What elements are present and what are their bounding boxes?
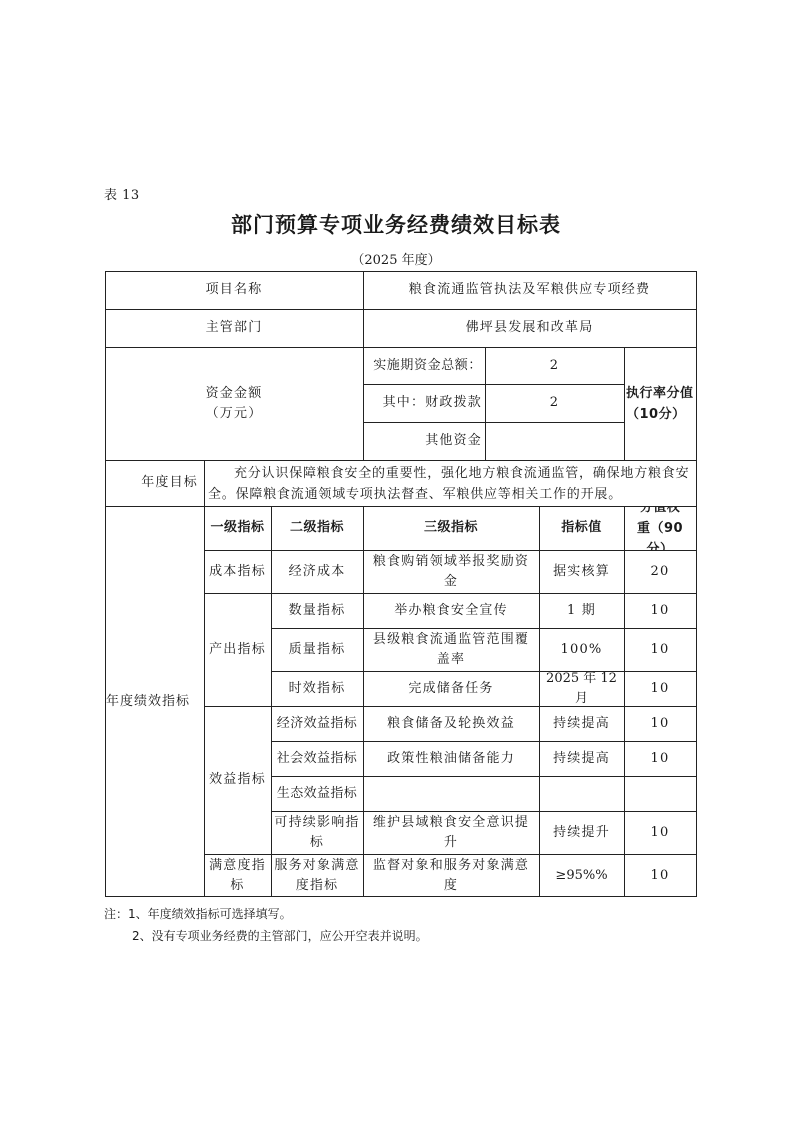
col-divider [363, 271, 364, 460]
exec-rate-label: 执行率分值（10分） [624, 347, 698, 460]
level2-cell: 服务对象满意度指标 [271, 854, 363, 897]
level3-cell: 举办粮食安全宣传 [363, 593, 539, 628]
funds-label-line1: 资金金额 [206, 384, 263, 404]
level2-cell: 社会效益指标 [271, 741, 363, 776]
col-divider [204, 460, 205, 897]
level2-cell: 可持续影响指标 [271, 811, 363, 854]
table-border [105, 271, 697, 272]
row-divider [271, 671, 697, 672]
table-border [105, 896, 697, 897]
row-divider [105, 506, 697, 507]
project-name-value: 粮食流通监管执法及军粮供应专项经费 [363, 271, 696, 309]
row-divider [204, 854, 697, 855]
weight-cell: 10 [624, 741, 696, 776]
col-header-level3: 三级指标 [363, 506, 539, 550]
row-divider [105, 309, 697, 310]
row-divider [204, 706, 697, 707]
funds-label-line2: （万元） [206, 404, 263, 424]
level3-cell [363, 776, 539, 811]
funds-label: 资金金额 （万元） [105, 347, 363, 460]
dept-value: 佛坪县发展和改革局 [363, 309, 696, 347]
col-divider [485, 347, 486, 460]
funds-total-label: 实施期资金总额： [363, 347, 485, 384]
funds-fiscal-value: 2 [485, 384, 624, 422]
level3-cell: 县级粮食流通监管范围覆盖率 [363, 628, 539, 671]
row-divider [271, 776, 697, 777]
weight-cell: 10 [624, 854, 696, 897]
col-divider [539, 506, 540, 897]
row-divider [271, 811, 697, 812]
row-divider [271, 628, 697, 629]
level3-cell: 完成储备任务 [363, 671, 539, 706]
value-cell: 持续提升 [539, 811, 624, 854]
row-divider [271, 741, 697, 742]
level2-cell: 经济效益指标 [271, 706, 363, 741]
level3-cell: 粮食储备及轮换效益 [363, 706, 539, 741]
weight-cell: 10 [624, 706, 696, 741]
level2-cell: 经济成本 [271, 550, 363, 593]
value-cell: 持续提高 [539, 706, 624, 741]
value-cell: 2025 年 12 月 [539, 671, 624, 706]
col-divider [363, 506, 364, 897]
level1-satisfaction: 满意度指标 [204, 854, 271, 897]
funds-fiscal-label: 其中：财政拨款 [363, 384, 485, 422]
annual-goal-text: 充分认识保障粮食安全的重要性，强化地方粮食流通监管，确保地方粮食安全。保障粮食流… [204, 460, 698, 506]
funds-other-value [485, 422, 624, 460]
dept-label: 主管部门 [105, 309, 363, 347]
value-cell: 1 期 [539, 593, 624, 628]
col-header-level1: 一级指标 [204, 506, 271, 550]
note-1: 注：1、年度绩效指标可选择填写。 [104, 903, 428, 925]
level1-cost: 成本指标 [204, 550, 271, 593]
funds-other-label: 其他资金 [363, 422, 485, 460]
level3-cell: 维护县域粮食安全意识提升 [363, 811, 539, 854]
note-2: 2、没有专项业务经费的主管部门，应公开空表并说明。 [104, 925, 428, 947]
level2-cell: 数量指标 [271, 593, 363, 628]
performance-target-table: 项目名称 粮食流通监管执法及军粮供应专项经费 主管部门 佛坪县发展和改革局 资金… [0, 0, 792, 1121]
table-border [696, 271, 697, 897]
indicators-section-label: 年度绩效指标 [105, 506, 204, 897]
level1-output: 产出指标 [204, 593, 271, 706]
level2-cell: 生态效益指标 [271, 776, 363, 811]
row-divider [204, 593, 697, 594]
col-header-level2: 二级指标 [271, 506, 363, 550]
weight-cell [624, 776, 696, 811]
level2-cell: 质量指标 [271, 628, 363, 671]
table-border [105, 271, 106, 897]
weight-cell: 10 [624, 811, 696, 854]
weight-cell: 10 [624, 628, 696, 671]
value-cell: ≥95%% [539, 854, 624, 897]
level3-cell: 监督对象和服务对象满意度 [363, 854, 539, 897]
weight-cell: 20 [624, 550, 696, 593]
project-name-label: 项目名称 [105, 271, 363, 309]
value-cell: 持续提高 [539, 741, 624, 776]
value-cell [539, 776, 624, 811]
value-cell: 100% [539, 628, 624, 671]
funds-total-value: 2 [485, 347, 624, 384]
col-header-value: 指标值 [539, 506, 624, 550]
row-divider [363, 422, 624, 423]
level1-benefit: 效益指标 [204, 706, 271, 854]
row-divider [105, 460, 697, 461]
weight-cell: 10 [624, 593, 696, 628]
col-divider [271, 506, 272, 897]
annual-goal-label: 年度目标 [105, 460, 204, 506]
col-divider [624, 347, 625, 460]
row-divider [363, 384, 624, 385]
notes: 注：1、年度绩效指标可选择填写。 2、没有专项业务经费的主管部门，应公开空表并说… [104, 903, 428, 947]
level3-cell: 政策性粮油储备能力 [363, 741, 539, 776]
level2-cell: 时效指标 [271, 671, 363, 706]
col-header-weight: 分值权重（90分） [624, 506, 696, 550]
row-divider [204, 550, 697, 551]
level3-cell: 粮食购销领域举报奖励资金 [363, 550, 539, 593]
col-divider [624, 506, 625, 897]
value-cell: 据实核算 [539, 550, 624, 593]
row-divider [105, 347, 697, 348]
weight-cell: 10 [624, 671, 696, 706]
